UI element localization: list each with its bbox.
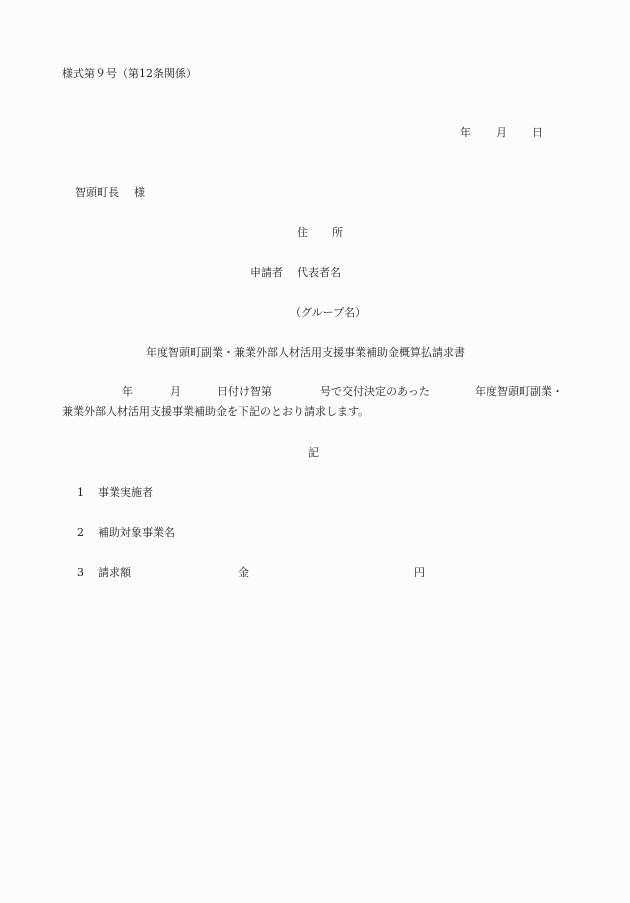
address-label-2: 所 bbox=[332, 226, 343, 240]
addressee-honorific: 様 bbox=[134, 186, 145, 200]
item-3-label: 請求額 bbox=[98, 566, 131, 580]
body-year: 年 bbox=[122, 385, 133, 399]
body-date-ref: 日付け智第 bbox=[217, 385, 272, 399]
document-title: 年度智頭町副業・兼業外部人材活用支援事業補助金概算払請求書 bbox=[146, 346, 465, 360]
applicant-label: 申請者 bbox=[250, 266, 283, 280]
group-label: （グループ名） bbox=[290, 306, 366, 320]
amount-suffix: 円 bbox=[414, 566, 425, 580]
item-1-number: 1 bbox=[77, 486, 84, 500]
item-3-number: 3 bbox=[77, 566, 84, 580]
body-fy-ref: 年度智頭町副業・ bbox=[475, 385, 563, 399]
date-day-label: 日 bbox=[532, 126, 543, 140]
body-month: 月 bbox=[170, 385, 181, 399]
item-2-number: 2 bbox=[77, 526, 84, 540]
item-2-label: 補助対象事業名 bbox=[98, 526, 175, 540]
body-line-2: 兼業外部人材活用支援事業補助金を下記のとおり請求します。 bbox=[62, 405, 369, 419]
form-number: 様式第９号（第12条関係） bbox=[62, 67, 197, 81]
date-month-label: 月 bbox=[496, 126, 507, 140]
item-1-label: 事業実施者 bbox=[98, 486, 153, 500]
amount-prefix: 金 bbox=[238, 566, 249, 580]
addressee-name: 智頭町長 bbox=[75, 186, 119, 200]
body-number-ref: 号で交付決定のあった bbox=[320, 385, 430, 399]
representative-label: 代表者名 bbox=[297, 266, 341, 280]
note-heading: 記 bbox=[308, 446, 319, 460]
date-year-label: 年 bbox=[460, 126, 471, 140]
address-label-1: 住 bbox=[297, 226, 308, 240]
